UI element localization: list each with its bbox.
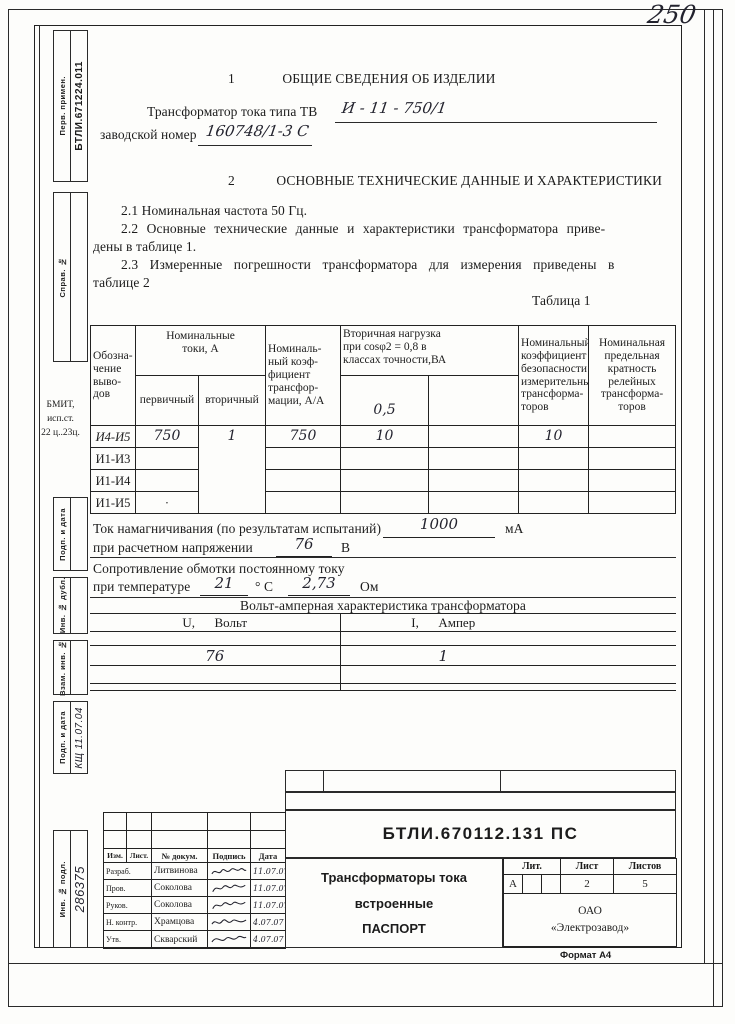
serial-number-label: заводской номер <box>100 127 197 143</box>
titleblock-strip-row2 <box>285 792 676 810</box>
perv-primen-label: Перв. примен. <box>58 76 67 135</box>
sig-date: 4.07.07 <box>251 914 286 931</box>
paragraph-2-1: 2.1 Номинальная частота 50 Гц. <box>121 203 307 219</box>
row-primary: · <box>136 492 199 514</box>
va-empty-cell <box>340 632 676 646</box>
podp-data-top-label: Подп. и дата <box>58 508 67 561</box>
sig-header-list: Лист. <box>127 849 152 863</box>
row-ratio <box>266 492 341 514</box>
u-column-header: U, Вольт <box>90 614 340 632</box>
rated-voltage-unit: В <box>341 540 350 556</box>
row-load1: 10 <box>341 426 429 448</box>
sprav-label: Справ. № <box>58 257 67 297</box>
margin-box-perv-primen: Перв. примен. БТЛИ.671224.011 <box>53 30 88 182</box>
va-empty-cell <box>340 666 676 684</box>
format-label: Формат А4 <box>560 950 611 961</box>
va-empty-cell <box>340 684 676 691</box>
load-class-empty-cell <box>429 376 519 426</box>
volt-ampere-title: Вольт-амперная характеристика трансформа… <box>90 598 676 614</box>
titleblock-strip-cell <box>324 771 501 791</box>
row-ratio: 750 <box>266 426 341 448</box>
sig-role: Руков. <box>104 897 152 914</box>
row-safety: 10 <box>519 426 589 448</box>
sig-name: Соколова <box>152 880 208 897</box>
sig-header-sign: Подпись <box>208 849 251 863</box>
rated-voltage-value: 76 <box>294 535 313 553</box>
temperature-value: 21 <box>214 574 233 592</box>
page-edge-line <box>704 9 705 963</box>
revision-cell <box>251 813 286 831</box>
header-terminals: Обозна- чение выво- дов <box>91 326 136 426</box>
podp-data-bottom-label: Подп. и дата <box>58 711 67 764</box>
margin-box-podp-data-bottom: Подп. и дата КЩ 11.07.04 <box>53 701 88 774</box>
paragraph-2-2-line1: 2.2 Основные технические данные и характ… <box>121 221 605 237</box>
load-class-handwritten: 0,5 <box>341 376 429 426</box>
vzam-inv-label: Взам. инв. № <box>58 640 67 696</box>
page-edge-line-2 <box>713 9 714 1007</box>
row-load1 <box>341 448 429 470</box>
resistance-blank: 2,73 <box>288 574 350 596</box>
station-note: БМИТ, исп.ст. 22 ц..23ц. <box>33 399 88 440</box>
row-terminals: И1-И3 <box>91 448 136 470</box>
sig-name: Литвинова <box>152 863 208 880</box>
va-empty-cell <box>90 684 340 691</box>
table-row: И1-И4 <box>91 470 676 492</box>
section1-heading: 1 ОБЩИЕ СВЕДЕНИЯ ОБ ИЗДЕЛИИ <box>228 71 495 87</box>
header-currents-group: Номинальные токи, А <box>136 326 266 376</box>
signature-icon <box>208 897 251 914</box>
magnetization-value: 1000 <box>420 515 458 533</box>
signature-row: Н. контр. Храмцова 4.07.07 <box>104 914 286 931</box>
rated-voltage-blank: 76 <box>276 535 332 557</box>
magnetization-unit: мА <box>505 521 524 537</box>
doc-number-box: БТЛИ.670112.131 ПС <box>285 810 676 858</box>
sig-header-date: Дата <box>251 849 286 863</box>
signature-row: Разраб. Литвинова 11.07.07 <box>104 863 286 880</box>
section2-number: 2 <box>228 173 235 188</box>
margin-box-inv-dubl: Инв. № дубл. <box>53 577 88 634</box>
i-value: 1 <box>340 646 676 666</box>
signature-icon <box>208 880 251 897</box>
sig-role: Утв. <box>104 931 152 949</box>
revision-cell <box>104 813 127 831</box>
lit-header: Лит. <box>504 859 561 875</box>
margin-box-podp-data-top: Подп. и дата <box>53 497 88 571</box>
table1-caption: Таблица 1 <box>532 293 591 309</box>
sig-date: 11.07.07 <box>251 880 286 897</box>
handwritten-page-number: 250 <box>645 0 698 29</box>
company-line2: «Электрозавод» <box>504 920 676 937</box>
signature-icon <box>208 914 251 931</box>
row-safety <box>519 492 589 514</box>
titleblock-strip-cell <box>286 771 324 791</box>
row-load2 <box>429 470 519 492</box>
sig-header-doc: № докум. <box>152 849 208 863</box>
table-row: И4-И5 750 1 750 10 10 <box>91 426 676 448</box>
scanned-passport-page: 250 Перв. примен. БТЛИ.671224.011 Справ.… <box>0 0 735 1024</box>
section1-number: 1 <box>228 71 235 86</box>
company-line1: ОАО <box>504 903 676 920</box>
sheets-value: 5 <box>614 875 677 894</box>
drawing-frame-double-left <box>39 25 40 948</box>
lit-empty-cell <box>542 875 561 894</box>
sig-role: Пров. <box>104 880 152 897</box>
row-primary: 750 <box>136 426 199 448</box>
sig-date: 11.07.07 <box>251 863 286 880</box>
header-secondary: вторичный <box>199 376 266 426</box>
perv-primen-value: БТЛИ.671224.011 <box>74 61 85 151</box>
row-terminals: И1-И5 <box>91 492 136 514</box>
volt-ampere-table: U, Вольт I, Ампер 76 1 <box>90 613 676 691</box>
signature-row: Пров. Соколова 11.07.07 <box>104 880 286 897</box>
row-terminals: И4-И5 <box>91 426 136 448</box>
transformer-type-label: Трансформатор тока типа ТВ <box>147 104 317 120</box>
revision-cell <box>104 831 127 849</box>
margin-box-vzam-inv: Взам. инв. № <box>53 640 88 695</box>
signature-icon <box>208 863 251 880</box>
titleblock-strip-cell <box>501 771 675 791</box>
va-empty-cell <box>90 666 340 684</box>
product-name-cell: Трансформаторы тока встроенные ПАСПОРТ <box>285 858 503 948</box>
lit-empty-cell <box>523 875 542 894</box>
revision-cell <box>152 813 208 831</box>
rule-under-voltage <box>90 557 676 558</box>
inv-podl-label: Инв. № подл. <box>58 861 67 917</box>
inv-podl-handwritten-value: 286375 <box>72 866 87 912</box>
i-column-header: I, Ампер <box>340 614 676 632</box>
row-relay <box>589 426 676 448</box>
company-cell: ОАО «Электрозавод» <box>504 894 677 947</box>
revision-cell <box>208 813 251 831</box>
paragraph-2-2-line2: дены в таблице 1. <box>93 239 196 255</box>
revision-cell <box>127 831 152 849</box>
table-row: И1-И3 <box>91 448 676 470</box>
row-primary <box>136 470 199 492</box>
margin-box-inv-podl: Инв. № подл. 286375 <box>53 830 88 948</box>
row-secondary-merged: 1 <box>199 426 266 514</box>
row-load1 <box>341 492 429 514</box>
row-load2 <box>429 426 519 448</box>
row-primary <box>136 448 199 470</box>
row-relay <box>589 470 676 492</box>
rated-voltage-label: при расчетном напряжении <box>93 540 253 556</box>
row-ratio <box>266 470 341 492</box>
sig-name: Храмцова <box>152 914 208 931</box>
resistance-value: 2,73 <box>302 574 335 592</box>
row-ratio <box>266 448 341 470</box>
margin-box-sprav: Справ. № <box>53 192 88 362</box>
sig-name: Соколова <box>152 897 208 914</box>
podp-data-handwritten-value: КЩ 11.07.04 <box>74 707 85 769</box>
revision-cell <box>208 831 251 849</box>
inv-dubl-label: Инв. № дубл. <box>58 577 67 633</box>
temperature-label: при температуре <box>93 579 190 595</box>
sig-header-izm: Изм. <box>104 849 127 863</box>
row-load2 <box>429 492 519 514</box>
resistance-unit: Ом <box>360 579 379 595</box>
header-relay: Номинальная предельная кратность релейны… <box>589 326 676 426</box>
sheet-value: 2 <box>561 875 614 894</box>
paragraph-2-3-line1: 2.3 Измеренные погрешности трансформатор… <box>121 257 614 273</box>
revision-cell <box>152 831 208 849</box>
sheets-header: Листов <box>614 859 677 875</box>
lit-value: А <box>504 875 523 894</box>
section2-title: ОСНОВНЫЕ ТЕХНИЧЕСКИЕ ДАННЫЕ И ХАРАКТЕРИС… <box>276 173 662 188</box>
temperature-unit: ° С <box>255 579 273 595</box>
type-underline <box>335 122 657 123</box>
lit-list-table: Лит. Лист Листов А 2 5 ОАО «Электрозавод… <box>503 858 677 947</box>
row-load1 <box>341 470 429 492</box>
table1-technical-data: Обозна- чение выво- дов Номинальные токи… <box>90 325 676 514</box>
section2-heading: 2 ОСНОВНЫЕ ТЕХНИЧЕСКИЕ ДАННЫЕ И ХАРАКТЕР… <box>228 173 662 189</box>
row-load2 <box>429 448 519 470</box>
sig-name: Скварский <box>152 931 208 949</box>
signature-table: Изм. Лист. № докум. Подпись Дата Разраб.… <box>103 812 286 949</box>
revision-cell <box>251 831 286 849</box>
sheet-header: Лист <box>561 859 614 875</box>
signature-row: Руков. Соколова 11.07.07 <box>104 897 286 914</box>
magnetization-label: Ток намагничивания (по результатам испыт… <box>93 521 381 537</box>
revision-cell <box>127 813 152 831</box>
signature-row: Утв. Скварский 4.07.07 <box>104 931 286 949</box>
product-name-line3: ПАСПОРТ <box>362 921 426 936</box>
magnetization-value-blank: 1000 <box>383 515 495 538</box>
header-safety: Номинальный коэффициент безопасности изм… <box>519 326 589 426</box>
signature-icon <box>208 931 251 949</box>
header-ratio: Номиналь- ный коэф- фициент трансфор- ма… <box>266 326 341 426</box>
paragraph-2-3-line2: таблице 2 <box>93 275 150 291</box>
row-relay <box>589 448 676 470</box>
product-name-line1: Трансформаторы тока <box>321 870 467 885</box>
row-safety <box>519 470 589 492</box>
serial-underline <box>198 145 312 146</box>
va-empty-cell <box>90 632 340 646</box>
sig-date: 11.07.07 <box>251 897 286 914</box>
sig-role: Н. контр. <box>104 914 152 931</box>
sig-role: Разраб. <box>104 863 152 880</box>
table-row: И1-И5 · <box>91 492 676 514</box>
row-terminals: И1-И4 <box>91 470 136 492</box>
serial-number-value: 160748/1-3 С <box>205 122 310 140</box>
u-value: 76 <box>90 646 340 666</box>
doc-number: БТЛИ.670112.131 ПС <box>383 824 579 844</box>
row-relay <box>589 492 676 514</box>
page-bottom-scan-line <box>8 963 723 964</box>
temperature-blank: 21 <box>200 574 248 596</box>
sig-date: 4.07.07 <box>251 931 286 949</box>
titleblock-top-strip <box>285 770 676 792</box>
header-load-group: Вторичная нагрузка при cosφ2 = 0,8 в кла… <box>341 326 519 376</box>
row-safety <box>519 448 589 470</box>
header-primary: первичный <box>136 376 199 426</box>
section1-title: ОБЩИЕ СВЕДЕНИЯ ОБ ИЗДЕЛИИ <box>282 71 495 86</box>
product-name-line2: встроенные <box>355 896 433 911</box>
transformer-type-value: И - 11 - 750/1 <box>341 99 448 117</box>
